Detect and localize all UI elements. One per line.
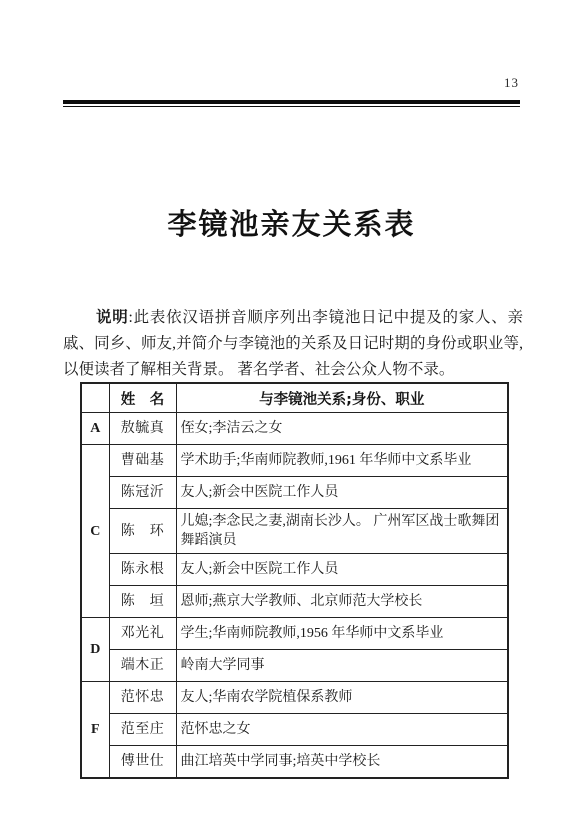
intro-label: 说明 xyxy=(96,308,129,326)
person-name-cell: 范怀忠 xyxy=(109,682,176,714)
person-relation-cell: 友人;华南农学院植保系教师 xyxy=(176,682,508,714)
person-relation-cell: 友人;新会中医院工作人员 xyxy=(176,477,508,509)
table-row: 陈 垣恩师;燕京大学教师、北京师范大学校长 xyxy=(81,586,508,618)
person-name-cell: 敖毓真 xyxy=(109,413,176,445)
person-relation-cell: 学术助手;华南师院教师,1961 年华师中文系毕业 xyxy=(176,445,508,477)
group-letter-cell: D xyxy=(81,618,109,682)
header-cell-letter xyxy=(81,383,109,413)
person-relation-cell: 侄女;李洁云之女 xyxy=(176,413,508,445)
table-row: 范至庄范怀忠之女 xyxy=(81,714,508,746)
page-number: 13 xyxy=(504,75,519,91)
table-row: D邓光礼学生;华南师院教师,1956 年华师中文系毕业 xyxy=(81,618,508,650)
header-cell-name: 姓 名 xyxy=(109,383,176,413)
table-row: A敖毓真侄女;李洁云之女 xyxy=(81,413,508,445)
document-page: 13 李镜池亲友关系表 说明:此表依汉语拼音顺序列出李镜池日记中提及的家人、亲戚… xyxy=(0,0,567,820)
person-relation-cell: 友人;新会中医院工作人员 xyxy=(176,554,508,586)
group-letter-cell: A xyxy=(81,413,109,445)
table-row: F范怀忠友人;华南农学院植保系教师 xyxy=(81,682,508,714)
person-name-cell: 端木正 xyxy=(109,650,176,682)
person-relation-cell: 学生;华南师院教师,1956 年华师中文系毕业 xyxy=(176,618,508,650)
header-rule xyxy=(63,100,520,107)
person-relation-cell: 恩师;燕京大学教师、北京师范大学校长 xyxy=(176,586,508,618)
table-row: 傅世仕曲江培英中学同事;培英中学校长 xyxy=(81,746,508,779)
person-name-cell: 陈 环 xyxy=(109,509,176,554)
table-row: 陈永根友人;新会中医院工作人员 xyxy=(81,554,508,586)
table-row: 陈 环儿媳;李念民之妻,湖南长沙人。 广州军区战士歌舞团舞蹈演员 xyxy=(81,509,508,554)
intro-paragraph: 说明:此表依汉语拼音顺序列出李镜池日记中提及的家人、亲戚、同乡、师友,并简介与李… xyxy=(63,304,523,383)
intro-text: :此表依汉语拼音顺序列出李镜池日记中提及的家人、亲戚、同乡、师友,并简介与李镜池… xyxy=(63,309,523,378)
relations-table: 姓 名 与李镜池关系;身份、职业 A敖毓真侄女;李洁云之女C曹础基学术助手;华南… xyxy=(80,382,509,779)
person-relation-cell: 儿媳;李念民之妻,湖南长沙人。 广州军区战士歌舞团舞蹈演员 xyxy=(176,509,508,554)
person-name-cell: 陈永根 xyxy=(109,554,176,586)
person-name-cell: 傅世仕 xyxy=(109,746,176,779)
person-relation-cell: 曲江培英中学同事;培英中学校长 xyxy=(176,746,508,779)
group-letter-cell: F xyxy=(81,682,109,779)
group-letter-cell: C xyxy=(81,445,109,618)
table-row: 陈冠沂友人;新会中医院工作人员 xyxy=(81,477,508,509)
table-row: C曹础基学术助手;华南师院教师,1961 年华师中文系毕业 xyxy=(81,445,508,477)
person-relation-cell: 范怀忠之女 xyxy=(176,714,508,746)
table-header-row: 姓 名 与李镜池关系;身份、职业 xyxy=(81,383,508,413)
table-row: 端木正岭南大学同事 xyxy=(81,650,508,682)
person-name-cell: 陈冠沂 xyxy=(109,477,176,509)
header-cell-relation: 与李镜池关系;身份、职业 xyxy=(176,383,508,413)
person-relation-cell: 岭南大学同事 xyxy=(176,650,508,682)
person-name-cell: 曹础基 xyxy=(109,445,176,477)
relations-table-body: A敖毓真侄女;李洁云之女C曹础基学术助手;华南师院教师,1961 年华师中文系毕… xyxy=(81,413,508,779)
person-name-cell: 邓光礼 xyxy=(109,618,176,650)
person-name-cell: 陈 垣 xyxy=(109,586,176,618)
person-name-cell: 范至庄 xyxy=(109,714,176,746)
page-title: 李镜池亲友关系表 xyxy=(63,202,520,243)
